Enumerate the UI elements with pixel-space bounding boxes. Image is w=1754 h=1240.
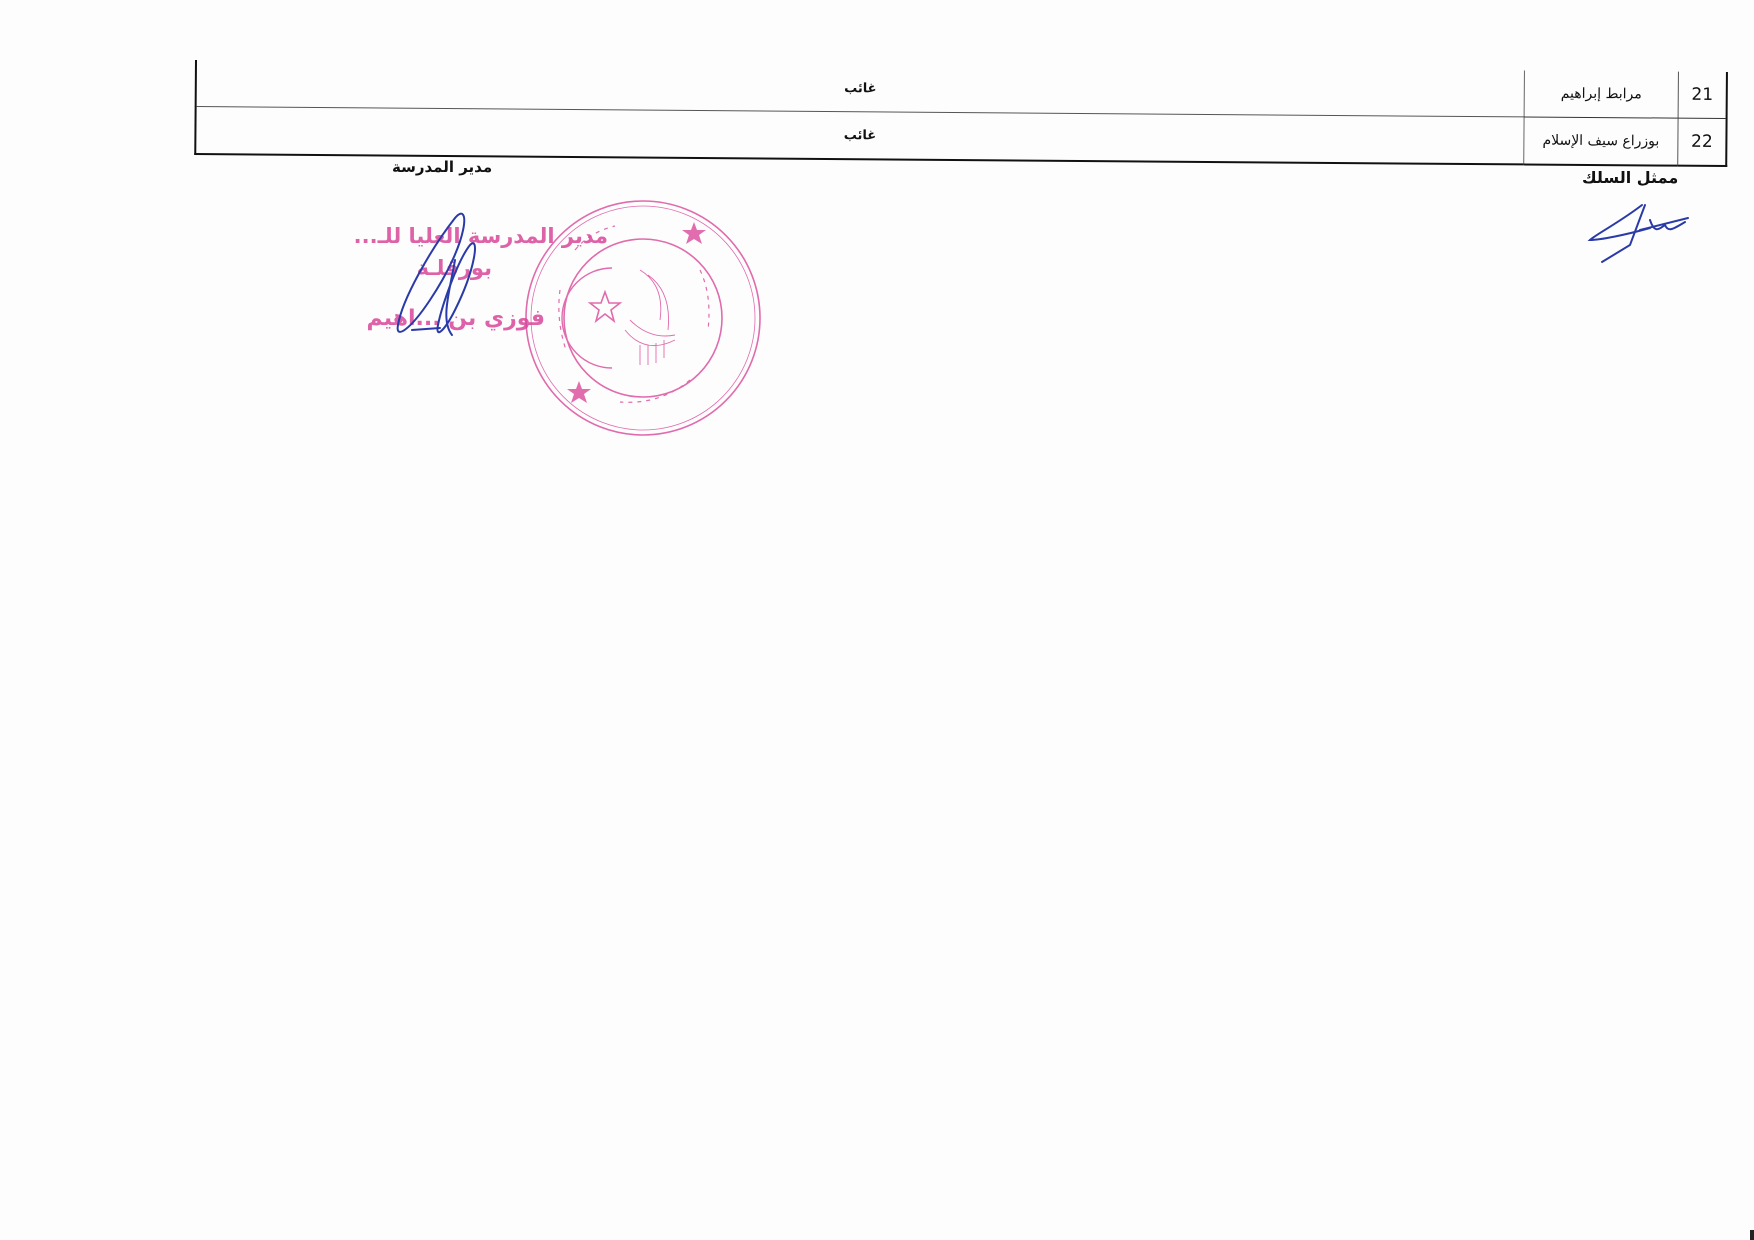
stamp-name-line: فوزي بن ...اهيم (366, 306, 545, 331)
school-director-label: مدير المدرسة (392, 158, 492, 176)
row-number: 22 (1678, 118, 1727, 166)
student-name: بوزراع سيف الإسلام (1524, 117, 1678, 166)
representative-signature-icon (1590, 205, 1688, 262)
stamp-title-line: مدير المدرسة العليا للـ... (354, 224, 608, 248)
attendance-table-wrapper: 21 مرابط إبراهيم غائب 22 بوزراع سيف الإس… (194, 60, 1728, 167)
seal-star-icon (567, 222, 706, 403)
document-page: 21 مرابط إبراهيم غائب 22 بوزراع سيف الإس… (0, 0, 1754, 1240)
row-number: 21 (1678, 72, 1727, 119)
student-name: مرابط إبراهيم (1524, 70, 1678, 118)
attendance-table: 21 مرابط إبراهيم غائب 22 بوزراع سيف الإس… (194, 60, 1728, 167)
scan-artifact (1750, 1230, 1754, 1240)
corps-representative-label: ممثل السلك (1582, 168, 1678, 187)
attendance-status: غائب (195, 107, 1524, 165)
stamp-city-line: بورقلـة (417, 256, 492, 280)
stamp-and-signatures (0, 0, 1754, 1240)
